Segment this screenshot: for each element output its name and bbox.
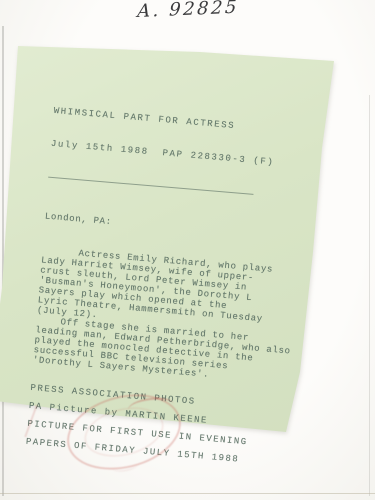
headline-line-1: WHIMSICAL PART FOR ACTRESS <box>53 106 338 141</box>
press-photo-caption-card: A. 92825 WHIMSICAL PART FOR ACTRESS July… <box>0 0 375 500</box>
headline-line-2: July 15th 1988 PAP 228330-3 (F) <box>50 139 335 174</box>
typed-caption: WHIMSICAL PART FOR ACTRESS July 15th 198… <box>25 84 340 479</box>
credit-block: PRESS ASSOCIATION PHOTOS PA Picture by M… <box>26 383 315 471</box>
dateline: London, PA: <box>44 212 329 246</box>
